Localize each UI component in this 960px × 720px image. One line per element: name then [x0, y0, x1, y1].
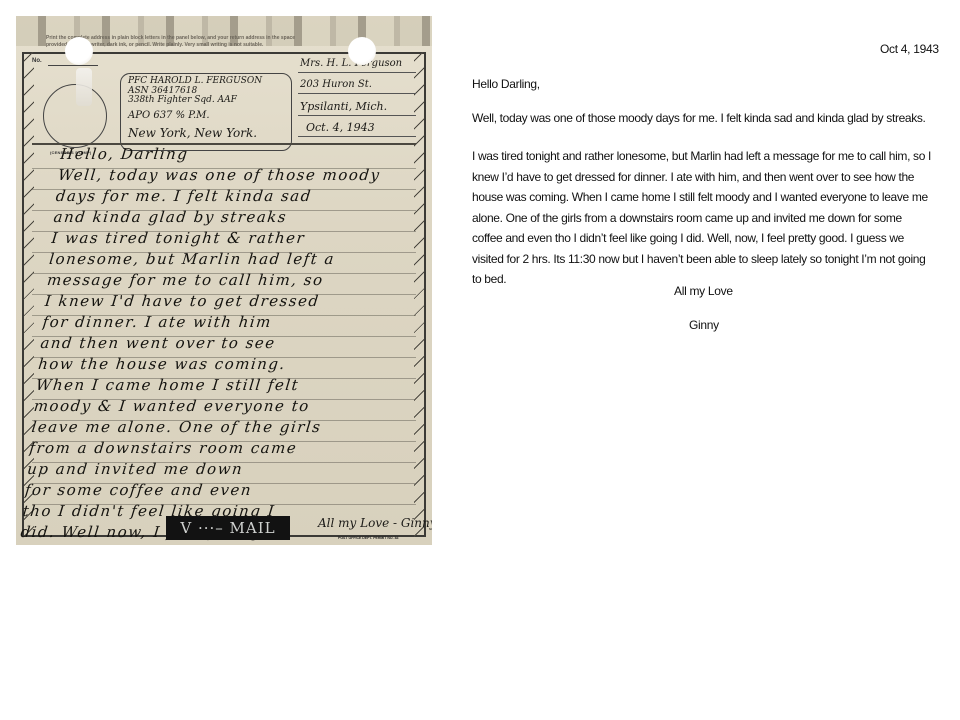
handwritten-line: Well, today was one of those moody	[57, 165, 432, 186]
sender-city: Ypsilanti, Mich.	[300, 100, 387, 113]
sender-date-rule	[298, 136, 416, 137]
letter-signature: Ginny	[689, 318, 719, 332]
sender-date: Oct. 4, 1943	[306, 121, 375, 134]
handwritten-line: moody & I wanted everyone to	[33, 396, 415, 417]
handwritten-line: lonesome, but Marlin had left a	[48, 249, 430, 270]
handwritten-line: When I came home I still felt	[35, 375, 417, 396]
punch-hole-left	[65, 37, 93, 65]
handwritten-line: days for me. I felt kinda sad	[55, 186, 432, 207]
vmail-badge: V ···– MAIL	[166, 516, 290, 540]
handwritten-line: how the house was coming.	[37, 354, 419, 375]
number-label: No.	[32, 58, 42, 64]
sender-name-rule	[298, 72, 416, 73]
handwritten-line: for some coffee and even	[24, 480, 406, 501]
recipient-line: 338th Fighter Sqd. AAF	[128, 95, 237, 105]
letter-paragraph-1: Well, today was one of those moody days …	[472, 111, 952, 125]
sender-address-rule	[298, 93, 416, 94]
letter-paragraph-2: I was tired tonight and rather lonesome,…	[472, 146, 934, 290]
handwritten-letter-body: Hello, Darling Well, today was one of th…	[16, 144, 432, 545]
paper-tear	[76, 68, 92, 106]
recipient-line: APO 637 % P.M.	[128, 110, 210, 121]
number-line	[48, 65, 98, 66]
punch-hole-right	[348, 37, 376, 65]
handwritten-line: from a downstairs room came	[28, 438, 410, 459]
handwritten-line: up and invited me down	[26, 459, 408, 480]
sender-city-rule	[298, 115, 416, 116]
permit-note: POST OFFICE DEPT. PERMIT NO. 83	[338, 536, 398, 540]
handwritten-line: and then went over to see	[39, 333, 421, 354]
recipient-line: New York, New York.	[128, 126, 257, 140]
censor-stamp-circle	[43, 84, 107, 148]
letter-closing: All my Love	[674, 284, 733, 298]
handwritten-line: message for me to call him, so	[46, 270, 428, 291]
recipient-line: PFC HAROLD L. FERGUSON	[128, 76, 262, 86]
vmail-scan-image: Print the complete address in plain bloc…	[16, 16, 432, 545]
handwritten-line: I was tired tonight & rather	[50, 228, 432, 249]
handwritten-line: Hello, Darling	[59, 144, 432, 165]
letter-date: Oct 4, 1943	[880, 42, 939, 56]
handwritten-line: leave me alone. One of the girls	[30, 417, 412, 438]
letter-greeting: Hello Darling,	[472, 77, 540, 91]
handwritten-closing: All my Love - Ginny	[318, 516, 432, 530]
sender-street: 203 Huron St.	[300, 79, 372, 90]
handwritten-line: for dinner. I ate with him	[42, 312, 424, 333]
handwritten-line: good. I guess we visited	[17, 543, 399, 545]
handwritten-line: and kinda glad by streaks	[53, 207, 432, 228]
handwritten-line: I knew I'd have to get dressed	[44, 291, 426, 312]
